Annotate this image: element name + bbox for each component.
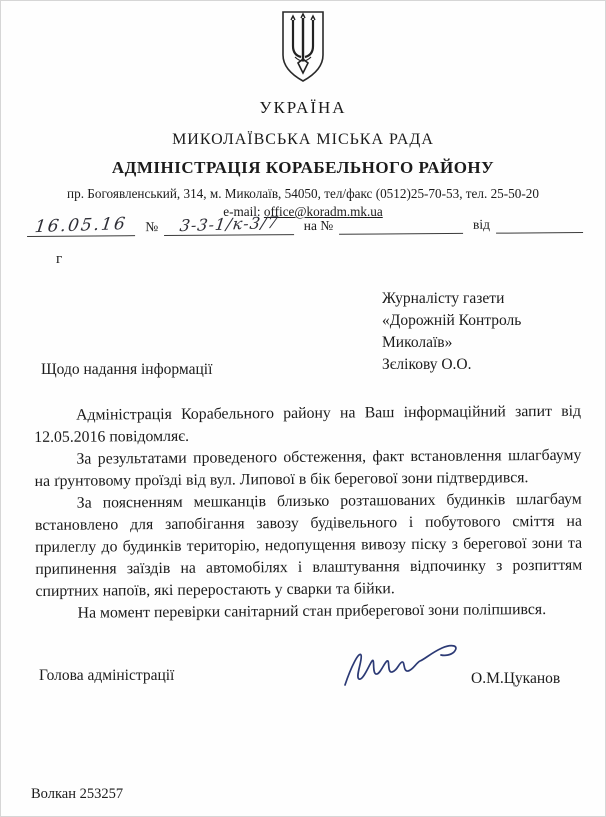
body-paragraph: Адміністрація Корабельного району на Ваш… [34, 401, 581, 449]
body-paragraph: За результатами проведеного обстеження, … [34, 445, 581, 493]
addressee-line: Журналісту газети [382, 288, 521, 310]
addressee-line: Миколаїв» [382, 332, 521, 354]
country-title: УКРАЇНА [1, 98, 605, 118]
council-title: МИКОЛАЇВСЬКА МІСЬКА РАДА [1, 131, 605, 149]
letterhead: УКРАЇНА МИКОЛАЇВСЬКА МІСЬКА РАДА АДМІНІС… [1, 1, 605, 220]
corner-mark: г [56, 251, 62, 268]
body-paragraph: За поясненням мешканців близько розташов… [35, 489, 583, 603]
ukraine-trident-coat-of-arms-icon [276, 9, 330, 90]
body-paragraph: На момент перевірки санітарний стан приб… [36, 599, 583, 625]
scanned-letter-page: УКРАЇНА МИКОЛАЇВСЬКА МІСЬКА РАДА АДМІНІС… [0, 0, 606, 817]
outgoing-number-field: 3-3-1/к-3/7 [164, 214, 294, 236]
re-number-label: на № [294, 218, 340, 235]
department-title: АДМІНІСТРАЦІЯ КОРАБЕЛЬНОГО РАЙОНУ [1, 158, 605, 178]
letter-body: Адміністрація Корабельного району на Ваш… [34, 401, 583, 625]
addressee-block: Журналісту газети «Дорожній Контроль Мик… [382, 288, 521, 376]
signer-name: О.М.Цуканов [471, 670, 560, 688]
number-label: № [135, 219, 164, 236]
handwritten-signature-icon [339, 639, 479, 699]
print-registry-note: Волкан 253257 [31, 786, 123, 803]
addressee-line: Зєлікову О.О. [382, 354, 521, 376]
re-number-blank-field [339, 213, 463, 235]
handwritten-date: 16.05.16 [34, 214, 129, 237]
handwritten-number: 3-3-1/к-3/7 [178, 213, 279, 235]
address-line: пр. Богоявленський, 314, м. Миколаїв, 54… [1, 186, 605, 202]
signer-position-title: Голова адміністрації [39, 667, 174, 685]
addressee-line: «Дорожній Контроль [382, 310, 521, 332]
subject-line: Щодо надання інформації [41, 361, 212, 379]
date-field: 16.05.16 [27, 215, 135, 237]
from-blank-field [496, 212, 583, 234]
from-label: від [463, 217, 496, 234]
reference-line: 16.05.16 № 3-3-1/к-3/7 на № від [27, 212, 583, 237]
